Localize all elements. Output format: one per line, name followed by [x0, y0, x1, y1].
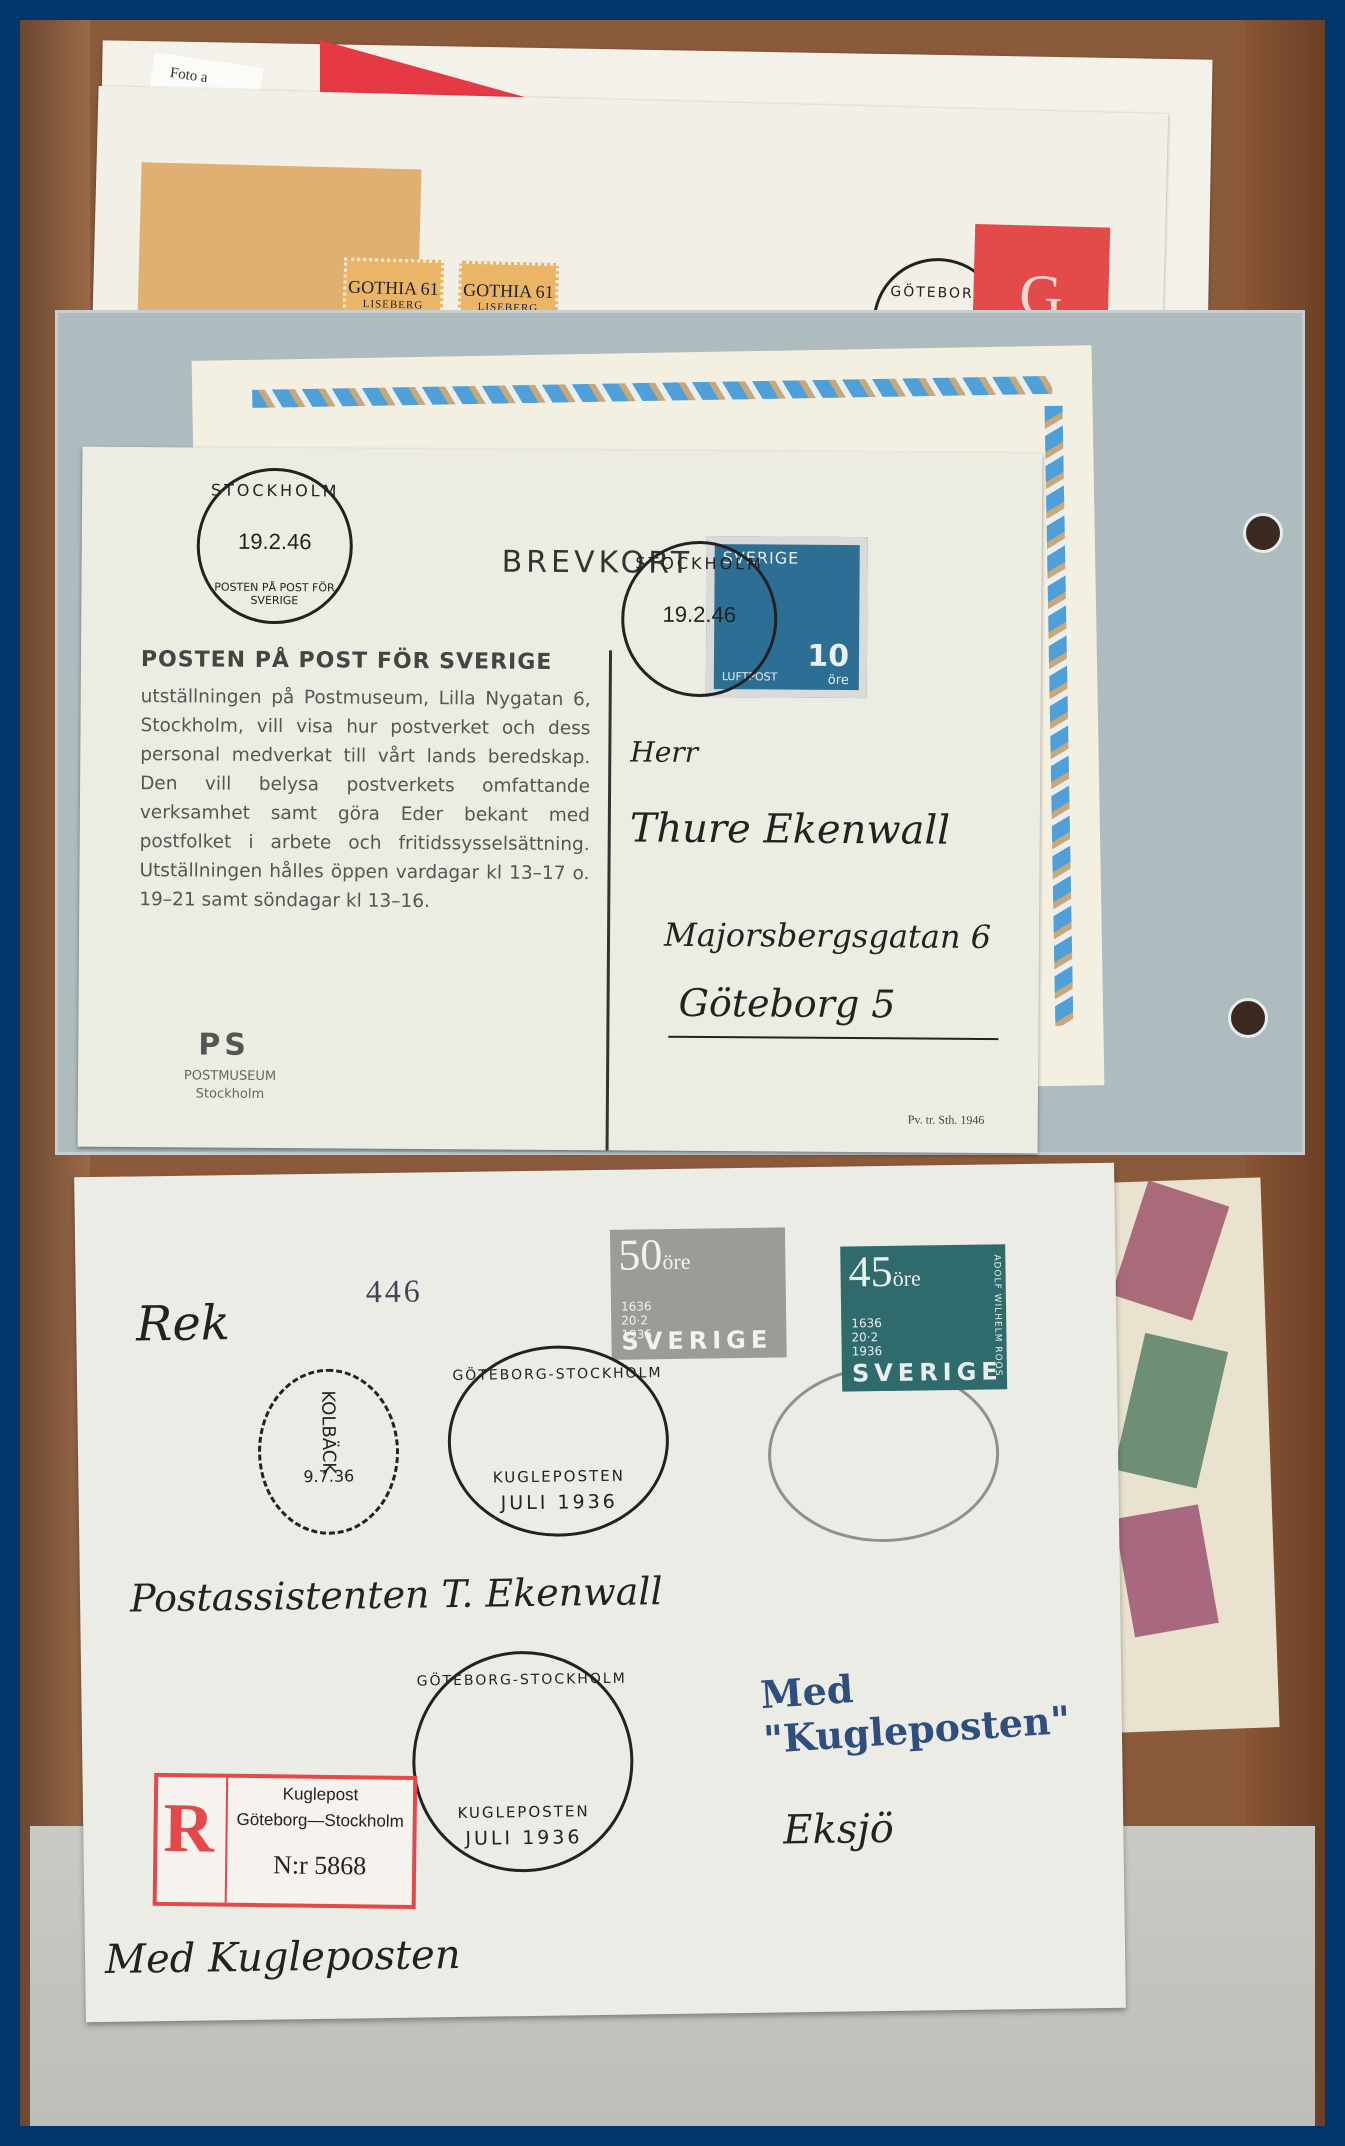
stamp-value: 50öre — [618, 1229, 691, 1281]
ps-logo-caption: POSTMUSEUM Stockholm — [150, 1067, 310, 1104]
label-divider — [225, 1778, 229, 1903]
gothia-stamp-text: GOTHIA 61 — [348, 277, 439, 299]
postmark-top: GÖTEBORG-STOCKHOLM — [414, 1671, 629, 1690]
logo-sub: POSTMUSEUM — [150, 1067, 310, 1086]
address-line: Thure Ekenwall — [630, 805, 951, 853]
postmark-top: GÖTEBORG-STOCKHOLM — [450, 1365, 665, 1384]
label-number: N:r 5868 — [232, 1850, 407, 1882]
destination: Eksjö — [783, 1806, 894, 1854]
date: 1636 — [621, 1299, 652, 1313]
brevkort-postcard: STOCKHOLM 19.2.46 POSTEN PÅ POST FÖR SVE… — [78, 447, 1043, 1154]
postmark-bottom: JULI 1936 — [416, 1826, 631, 1851]
stamp-dates: 163620·21936 — [851, 1316, 882, 1358]
address-underline — [668, 1036, 998, 1040]
handwritten-footer: Med Kugleposten — [105, 1932, 461, 1983]
date: 1636 — [851, 1316, 882, 1330]
postmark-city: STOCKHOLM — [200, 480, 350, 500]
date: 20·2 — [621, 1313, 648, 1327]
kugleposten-postmark: GÖTEBORG-STOCKHOLM KUGLEPOSTEN JULI 1936 — [447, 1344, 671, 1538]
addressee: Postassistenten T. Ekenwall — [130, 1569, 663, 1620]
kugleposten-postmark-large: GÖTEBORG-STOCKHOLM KUGLEPOSTEN JULI 1936 — [411, 1650, 635, 1874]
stamp-50-ore: 50öre 163620·21936 SVERIGE — [610, 1227, 787, 1359]
date: 1936 — [852, 1344, 883, 1358]
postmark-slogan: POSTEN PÅ POST FÖR SVERIGE — [199, 580, 349, 607]
value: 45 — [848, 1247, 893, 1297]
cover-number: 446 — [366, 1272, 424, 1310]
stockholm-postmark: STOCKHOLM 19.2.46 POSTEN PÅ POST FÖR SVE… — [196, 467, 353, 624]
med-kugleposten-stamp: Med "Kugleposten" — [759, 1648, 1124, 1762]
rope-border-top — [252, 376, 1052, 408]
loose-stamp — [1114, 1333, 1228, 1489]
gothia-stamp-text: GOTHIA 61 — [463, 280, 554, 302]
stockholm-postmark-on-stamp: STOCKHOLM 19.2.46 — [621, 540, 778, 697]
rope-border-right — [1045, 406, 1074, 1026]
stamp-country: SVERIGE — [621, 1326, 772, 1356]
card-body-text: utställningen på Postmuseum, Lilla Nygat… — [139, 682, 591, 917]
kugleposten-postmark-faint — [767, 1364, 1000, 1543]
stamp-value: 10 — [807, 639, 849, 674]
postmark-date: 19.2.46 — [200, 528, 350, 555]
logo-city: Stockholm — [150, 1085, 310, 1104]
date: 20·2 — [851, 1330, 878, 1344]
kugleposten-cover: Rek 446 KOLBÄCK 9.7.36 50öre 163620·2193… — [74, 1163, 1126, 2022]
kolback-cancel: KOLBÄCK 9.7.36 — [257, 1368, 400, 1536]
r-letter: R — [163, 1789, 215, 1870]
address-line: Herr — [630, 735, 698, 768]
postmark-bottom: JULI 1936 — [452, 1490, 667, 1515]
ps-logo: PS — [198, 1027, 250, 1062]
stamp-45-ore: 45öre 163620·21936 ADOLF WILHELM ROOS SV… — [840, 1244, 1007, 1391]
address-divider — [606, 650, 612, 1150]
stamp-country: SVERIGE — [852, 1357, 1003, 1387]
binder-hole — [1243, 513, 1283, 553]
unit: öre — [892, 1265, 920, 1290]
address-line: Göteborg 5 — [678, 981, 895, 1027]
loose-stamp — [1114, 1504, 1219, 1637]
label-line1: Kuglepost — [233, 1784, 408, 1806]
binder-hole — [1228, 998, 1268, 1038]
postmark-city: GÖTEBORG — [890, 284, 987, 303]
address-line: Majorsbergsgatan 6 — [664, 916, 991, 956]
printer-imprint: Pv. tr. Sth. 1946 — [908, 1112, 985, 1128]
unit: öre — [662, 1249, 690, 1274]
postmark-middle: KUGLEPOSTEN — [451, 1466, 666, 1487]
loose-stamp — [1111, 1180, 1229, 1320]
postmark-city: STOCKHOLM — [625, 553, 775, 573]
glassine-envelope — [1100, 1177, 1279, 1732]
stamp-unit: öre — [828, 673, 849, 688]
rek-note: Rek — [136, 1295, 230, 1352]
stamp-value: 45öre — [848, 1245, 921, 1297]
postmark-middle: KUGLEPOSTEN — [416, 1802, 631, 1823]
value: 50 — [618, 1230, 663, 1280]
cancel-date: 9.7.36 — [261, 1466, 396, 1487]
postmark-date: 19.2.46 — [624, 601, 774, 628]
card-heading: POSTEN PÅ POST FÖR SVERIGE — [141, 647, 553, 675]
photo: Foto a GOTHIA 61 LISEBERG GOTHIA 61 LISE… — [20, 20, 1325, 2126]
label-line2: Göteborg—Stockholm — [233, 1810, 408, 1832]
registration-label: R Kuglepost Göteborg—Stockholm N:r 5868 — [153, 1773, 418, 1909]
